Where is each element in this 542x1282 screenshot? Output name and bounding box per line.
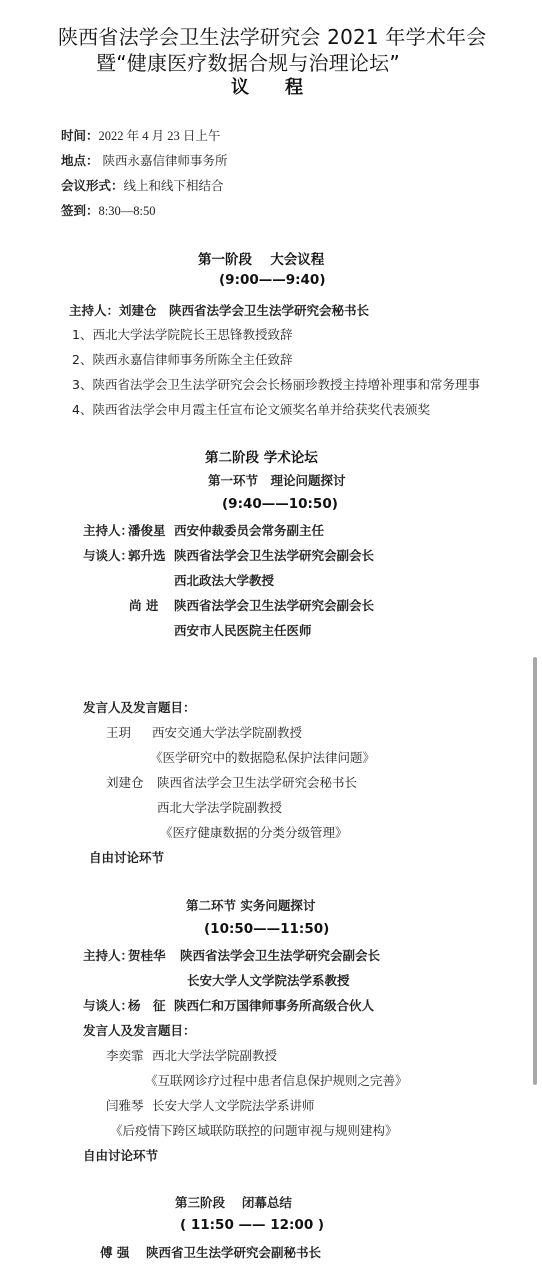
stage3-person-title: 陕西省卫生法学研究会副秘书长 [146,1243,321,1261]
speaker-2-title: 陕西省法学会卫生法学研究会秘书长 [157,773,357,791]
session2-speaker-1-topic: 《互联网诊疗过程中患者信息保护规则之完善》 [145,1071,408,1089]
speaker-2-title-2: 西北大学法学院副教授 [157,798,282,816]
session2-panelist-title: 陕西仁和万国律师事务所高级合伙人 [174,996,374,1014]
stage1-host: 主持人：刘建仓 陕西省法学会卫生法学研究会秘书长 [69,301,369,319]
vertical-scrollbar[interactable] [533,657,537,1085]
stage1-item-2: 2、陕西永嘉信律师事务所陈全主任致辞 [72,350,292,368]
session2-host-title-2: 长安大学人文学院法学系教授 [187,971,350,989]
speaker-1-title: 西安交通大学法学院副教授 [152,723,302,741]
session2-speaker-2-title: 长安大学人文学院法学系讲师 [152,1096,315,1114]
stage1-time: (9:00——9:40) [219,272,326,288]
time-label: 时间： [61,128,99,143]
info-format: 会议形式：线上和线下相结合 [61,176,224,194]
info-place: 地点： 陕西永嘉信律师事务所 [61,151,228,169]
session1-speakers-label: 发言人及发言题目： [83,698,196,716]
format-label: 会议形式： [61,178,124,193]
session2-host-name: 贺桂华 [128,946,166,964]
session1-free-discussion: 自由讨论环节 [89,848,164,866]
time-value: 2022 年 4 月 23 日上午 [99,129,221,143]
speaker-2-topic: 《医疗健康数据的分类分级管理》 [160,823,348,841]
format-value: 线上和线下相结合 [124,178,224,193]
agenda-heading: 议 程 [231,73,303,99]
place-label: 地点： [61,153,99,168]
session1-time: (9:40——10:50) [222,496,338,512]
session1-heading: 第一环节 理论问题探讨 [208,471,346,489]
session2-heading: 第二环节 实务问题探讨 [186,896,315,914]
session2-speaker-1-title: 西北大学法学院副教授 [152,1046,277,1064]
session2-speakers-label: 发言人及发言题目： [83,1021,196,1039]
document-title-line1: 陕西省法学会卫生法学研究会 2021 年学术年会 [58,21,486,50]
checkin-value: 8:30—8:50 [99,204,156,218]
session2-speaker-1-name: 李奕霏 [106,1046,144,1064]
session2-time: (10:50——11:50) [204,921,329,937]
stage3-person-name: 傅 强 [100,1243,129,1261]
speaker-1-name: 王玥 [106,723,131,741]
stage1-heading: 第一阶段 大会议程 [198,248,324,268]
panelist-2-title-1: 陕西省法学会卫生法学研究会副会长 [174,596,374,614]
checkin-label: 签到： [61,203,99,218]
session2-host-title-1: 陕西省法学会卫生法学研究会副会长 [180,946,380,964]
speaker-2-name: 刘建仓 [106,773,144,791]
place-value: 陕西永嘉信律师事务所 [103,153,228,168]
session1-host-name: 潘俊星 [128,521,166,539]
session1-host-label: 主持人： [83,521,133,539]
info-time: 时间：2022 年 4 月 23 日上午 [61,126,220,144]
session2-free-discussion: 自由讨论环节 [83,1146,158,1164]
panelist-2-name: 尚 进 [129,596,158,614]
stage3-time: ( 11:50 —— 12:00 ) [180,1217,324,1233]
panelist-1-title-2: 西北政法大学教授 [174,571,274,589]
stage1-item-1: 1、西北大学法学院院长王思锋教授致辞 [72,325,292,343]
session2-panel-label: 与谈人： [83,996,133,1014]
stage1-item-4: 4、陕西省法学会申月霞主任宣布论文颁奖名单并给获奖代表颁奖 [72,400,430,418]
speaker-1-topic: 《医学研究中的数据隐私保护法律问题》 [150,748,375,766]
session1-panel-label: 与谈人： [83,546,133,564]
stage1-item-3: 3、陕西省法学会卫生法学研究会会长杨丽珍教授主持增补理事和常务理事 [72,375,480,393]
session2-speaker-2-name: 闫雅琴 [106,1096,144,1114]
session1-host-title: 西安仲裁委员会常务副主任 [174,521,324,539]
session2-host-label: 主持人： [83,946,133,964]
session2-speaker-2-topic: 《后疫情下跨区域联防联控的问题审视与规则建构》 [110,1121,398,1139]
stage2-heading: 第二阶段 学术论坛 [205,446,318,466]
panelist-2-title-2: 西安市人民医院主任医师 [174,621,312,639]
document-title-line2: 暨“健康医疗数据合规与治理论坛” [96,47,400,76]
info-checkin: 签到：8:30—8:50 [61,201,155,219]
session2-panelist-name: 杨 征 [128,996,166,1014]
panelist-1-name: 郭升选 [128,546,166,564]
panelist-1-title-1: 陕西省法学会卫生法学研究会副会长 [174,546,374,564]
stage3-heading: 第三阶段 闭幕总结 [175,1193,292,1211]
